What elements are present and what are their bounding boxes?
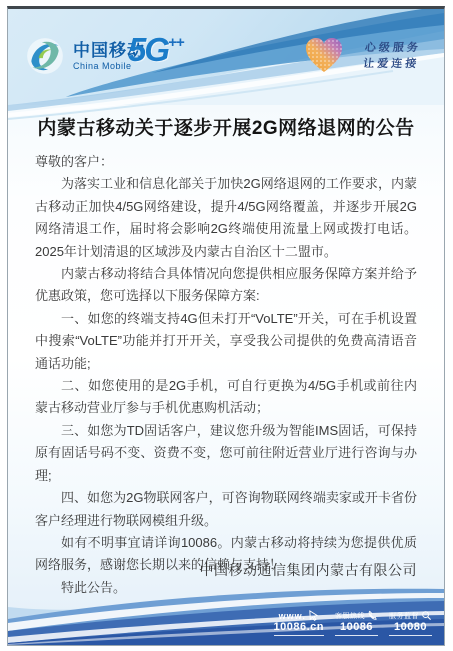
announcement-page: 中国移动 China Mobile 5G++ — [7, 6, 445, 646]
phone-icon — [367, 610, 378, 621]
supervision-number: 10080 — [389, 621, 432, 636]
paragraph-4: 二、如您使用的是2G手机，可自行更换为4/5G手机或前往内蒙古移动营业厅参与手机… — [35, 375, 417, 420]
contact-supervision: 服务监督 10080 — [389, 610, 432, 636]
website-number: 10086.cn — [274, 621, 324, 636]
contact-hotline: 客服热线 10086 — [335, 610, 378, 636]
paragraph-5: 三、如您为TD固话客户，建议您升级为智能IMS固话，可保持原有固话号码不变、资费… — [35, 420, 417, 487]
website-prefix: www. — [279, 612, 306, 621]
brand-slogan: 心级服务 让爱连接 — [362, 40, 421, 72]
five-g-logo-text: 5G — [128, 31, 168, 68]
five-g-plus-plus: ++ — [168, 34, 184, 51]
salutation: 尊敬的客户： — [35, 151, 417, 173]
heart-logo-icon — [304, 36, 344, 74]
paragraph-3: 一、如您的终端支持4G但未打开“VoLTE”开关，可在手机设置中搜索“VoLTE… — [35, 308, 417, 375]
contact-website: www. 10086.cn — [274, 610, 324, 636]
magnifier-icon — [421, 610, 432, 621]
header: 中国移动 China Mobile 5G++ — [8, 9, 444, 109]
supervision-label: 服务监督 — [389, 612, 419, 621]
china-mobile-logo-icon — [24, 35, 66, 77]
footer-contact-info: www. 10086.cn 客服热线 10086 服务监督 — [274, 610, 432, 636]
slogan-line-2: 让爱连接 — [362, 56, 420, 72]
slogan-line-1: 心级服务 — [364, 40, 422, 56]
paragraph-2: 内蒙古移动将结合具体情况向您提供相应服务保障方案并给予优惠政策，您可选择以下服务… — [35, 263, 417, 308]
hotline-label: 客服热线 — [335, 612, 365, 621]
announcement-body: 尊敬的客户： 为落实工业和信息化部关于加快2G网络退网的工作要求，内蒙古移动正加… — [35, 151, 417, 599]
paragraph-6: 四、如您为2G物联网客户，可咨询物联网终端卖家或开卡省份客户经理进行物联网模组升… — [35, 487, 417, 532]
hotline-number: 10086 — [335, 621, 378, 636]
china-mobile-logo: 中国移动 China Mobile — [24, 35, 145, 77]
paragraph-1: 为落实工业和信息化部关于加快2G网络退网的工作要求，内蒙古移动正加快4/5G网络… — [35, 173, 417, 263]
page-title: 内蒙古移动关于逐步开展2G网络退网的公告 — [8, 113, 444, 140]
five-g-logo: 5G++ — [128, 31, 184, 69]
cursor-icon — [308, 610, 319, 621]
